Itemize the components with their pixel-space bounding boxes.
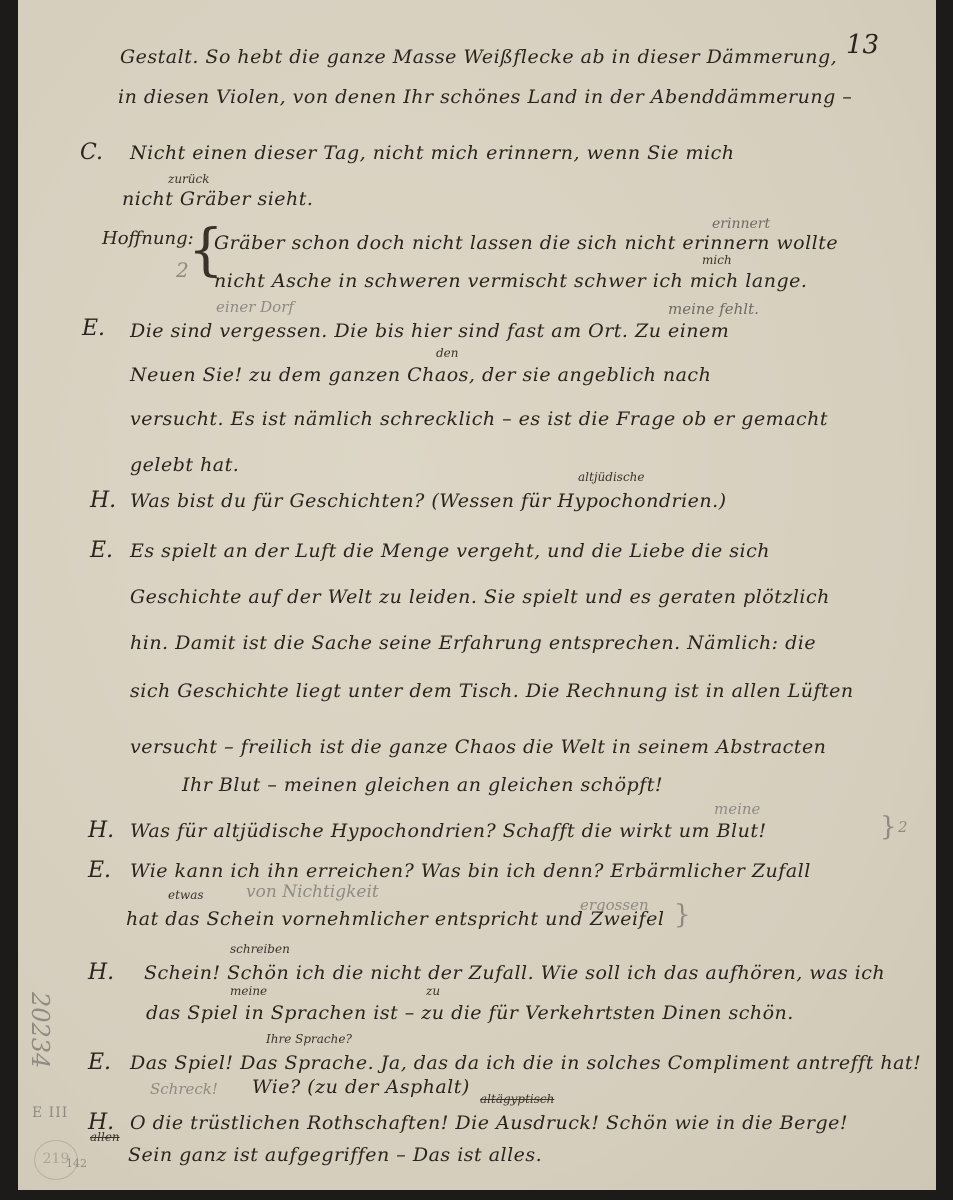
manuscript-line: in diesen Violen, von denen Ihr schönes … (118, 86, 852, 108)
manuscript-line: nicht Gräber sieht. (122, 188, 313, 210)
pencil-note: einer Dorf (216, 298, 294, 316)
manuscript-line: versucht – freilich ist die ganze Chaos … (130, 736, 826, 758)
interlinear-insert: zu (426, 984, 440, 998)
manuscript-line: nicht Asche in schweren vermischt schwer… (214, 270, 807, 292)
manuscript-line: Es spielt an der Luft die Menge vergeht,… (130, 540, 770, 562)
interlinear-insert: allen (90, 1130, 120, 1144)
pencil-note: von Nichtigkeit (246, 882, 379, 902)
pencil-brace-mark: } (674, 900, 691, 930)
manuscript-line: Nicht einen dieser Tag, nicht mich erinn… (130, 142, 734, 164)
archive-number: 20234 (26, 992, 54, 1068)
manuscript-line: Was für altjüdische Hypochondrien? Schaf… (130, 820, 767, 842)
interlinear-insert: den (436, 346, 459, 360)
manuscript-line: Neuen Sie! zu dem ganzen Chaos, der sie … (130, 364, 711, 386)
pencil-note: 2 (898, 818, 908, 836)
speaker-label: H. (88, 960, 114, 985)
speaker-label: E. (88, 1050, 111, 1075)
pencil-note: meine (714, 800, 760, 818)
manuscript-line: Schein! Schön ich die nicht der Zufall. … (144, 962, 885, 984)
manuscript-line: Wie kann ich ihn erreichen? Was bin ich … (130, 860, 811, 882)
pencil-note: meine fehlt. (668, 300, 759, 318)
speaker-label: C. (80, 140, 103, 165)
pencil-note: 2 (176, 258, 189, 282)
interlinear-insert: Ihre Sprache? (266, 1032, 352, 1046)
manuscript-line: Was bist du für Geschichten? (Wessen für… (130, 490, 727, 512)
manuscript-line: Die sind vergessen. Die bis hier sind fa… (130, 320, 729, 342)
manuscript-line: O die trüstlichen Rothschaften! Die Ausd… (130, 1112, 848, 1134)
manuscript-line: sich Geschichte liegt unter dem Tisch. D… (130, 680, 854, 702)
archive-signature: E III (32, 1105, 68, 1121)
speaker-label: E. (88, 858, 111, 883)
manuscript-line: Das Spiel! Das Sprache. Ja, das da ich d… (130, 1052, 921, 1074)
speaker-label: E. (90, 538, 113, 563)
manuscript-line: versucht. Es ist nämlich schrecklich – e… (130, 408, 828, 430)
pencil-brace-mark: } (880, 812, 897, 842)
manuscript-line: das Spiel in Sprachen ist – zu die für V… (146, 1002, 794, 1024)
interlinear-insert: altägyptisch (480, 1092, 554, 1106)
manuscript-line: hin. Damit ist die Sache seine Erfahrung… (130, 632, 816, 654)
manuscript-line: Gräber schon doch nicht lassen die sich … (214, 232, 838, 254)
speaker-label: E. (82, 316, 105, 341)
manuscript-line: Gestalt. So hebt die ganze Masse Weißfle… (120, 46, 837, 68)
pencil-note: Schreck! (150, 1080, 218, 1098)
speaker-label: Hoffnung: (102, 228, 194, 249)
manuscript-line: Geschichte auf der Welt zu leiden. Sie s… (130, 586, 830, 608)
manuscript-line: gelebt hat. (130, 454, 239, 476)
manuscript-line: Sein ganz ist aufgegriffen – Das ist all… (128, 1144, 542, 1166)
interlinear-insert: meine (230, 984, 267, 998)
interlinear-insert: zurück (168, 172, 210, 186)
interlinear-insert: etwas (168, 888, 204, 902)
archive-stamp-sub: 142 (66, 1157, 87, 1170)
interlinear-insert: mich (702, 253, 732, 267)
interlinear-insert: altjüdische (578, 470, 645, 484)
speaker-label: H. (88, 818, 114, 843)
page-number: 13 (846, 30, 879, 60)
manuscript-line: Ihr Blut – meinen gleichen an gleichen s… (182, 774, 663, 796)
interlinear-insert: erinnert (712, 216, 770, 232)
manuscript-line: hat das Schein vornehmlicher entspricht … (126, 908, 664, 930)
interlinear-insert: schreiben (230, 942, 290, 956)
manuscript-line: Wie? (zu der Asphalt) (252, 1076, 470, 1098)
speaker-label: H. (90, 488, 116, 513)
manuscript-page: 13 Gestalt. So hebt die ganze Masse Weiß… (18, 0, 936, 1190)
